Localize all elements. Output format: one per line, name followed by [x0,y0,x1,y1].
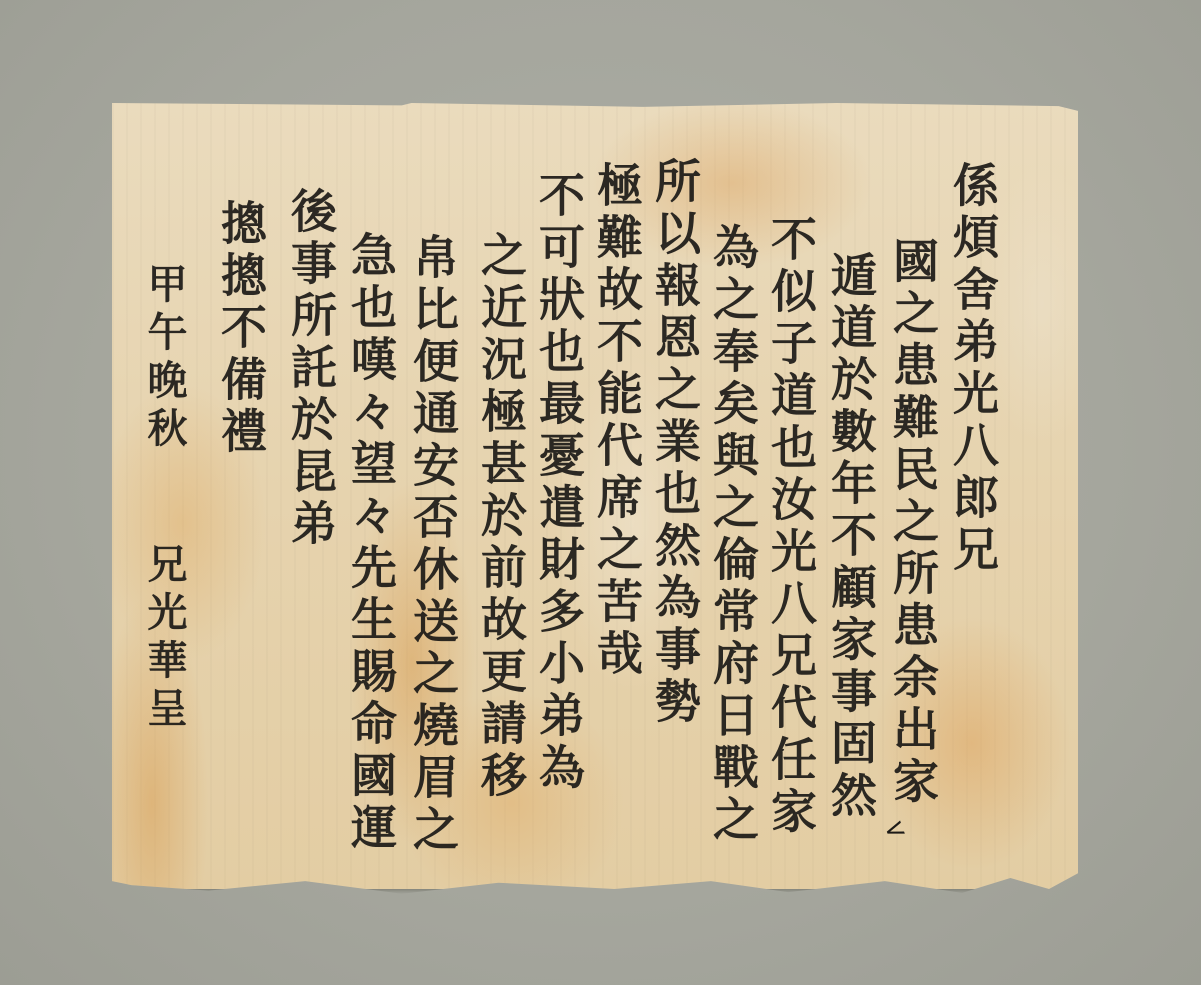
text-column-9: 之近況極甚於前故更請移 [478,231,524,803]
text-column-8: 不可狀也最憂遣財多小弟為 [536,171,582,795]
text-column-5: 為之奉矣與之倫常府日戰之 [710,223,756,847]
text-column-3: 遁道於數年不顧家事固然 [828,251,874,823]
text-column-2: 國之患難民之所患余出家 [890,237,936,809]
text-column-1: 係煩舍弟光八郎兄 [950,161,996,577]
text-column-7: 極難故不能代席之苦哉 [594,161,640,681]
letter-paper: 係煩舍弟光八郎兄 國之患難民之所患余出家 遁道於數年不顧家事固然 不似子道也汝光… [112,103,1078,889]
text-column-12: 後事所託於昆弟 [288,187,334,551]
signature-line: 兄光華呈 [144,543,184,735]
text-column-13: 摠摠不備禮 [218,199,264,459]
date-line: 甲午晚秋 [144,263,184,455]
text-column-4: 不似子道也汝光八兄代任家 [768,215,814,839]
insertion-mark: < [880,812,911,848]
text-column-6: 所以報恩之業也然為事勢 [652,157,698,729]
text-column-10: 帛比便通安否休送之燒眉之 [410,233,456,857]
text-column-11: 急也嘆々望々先生賜命國運 [348,231,394,855]
